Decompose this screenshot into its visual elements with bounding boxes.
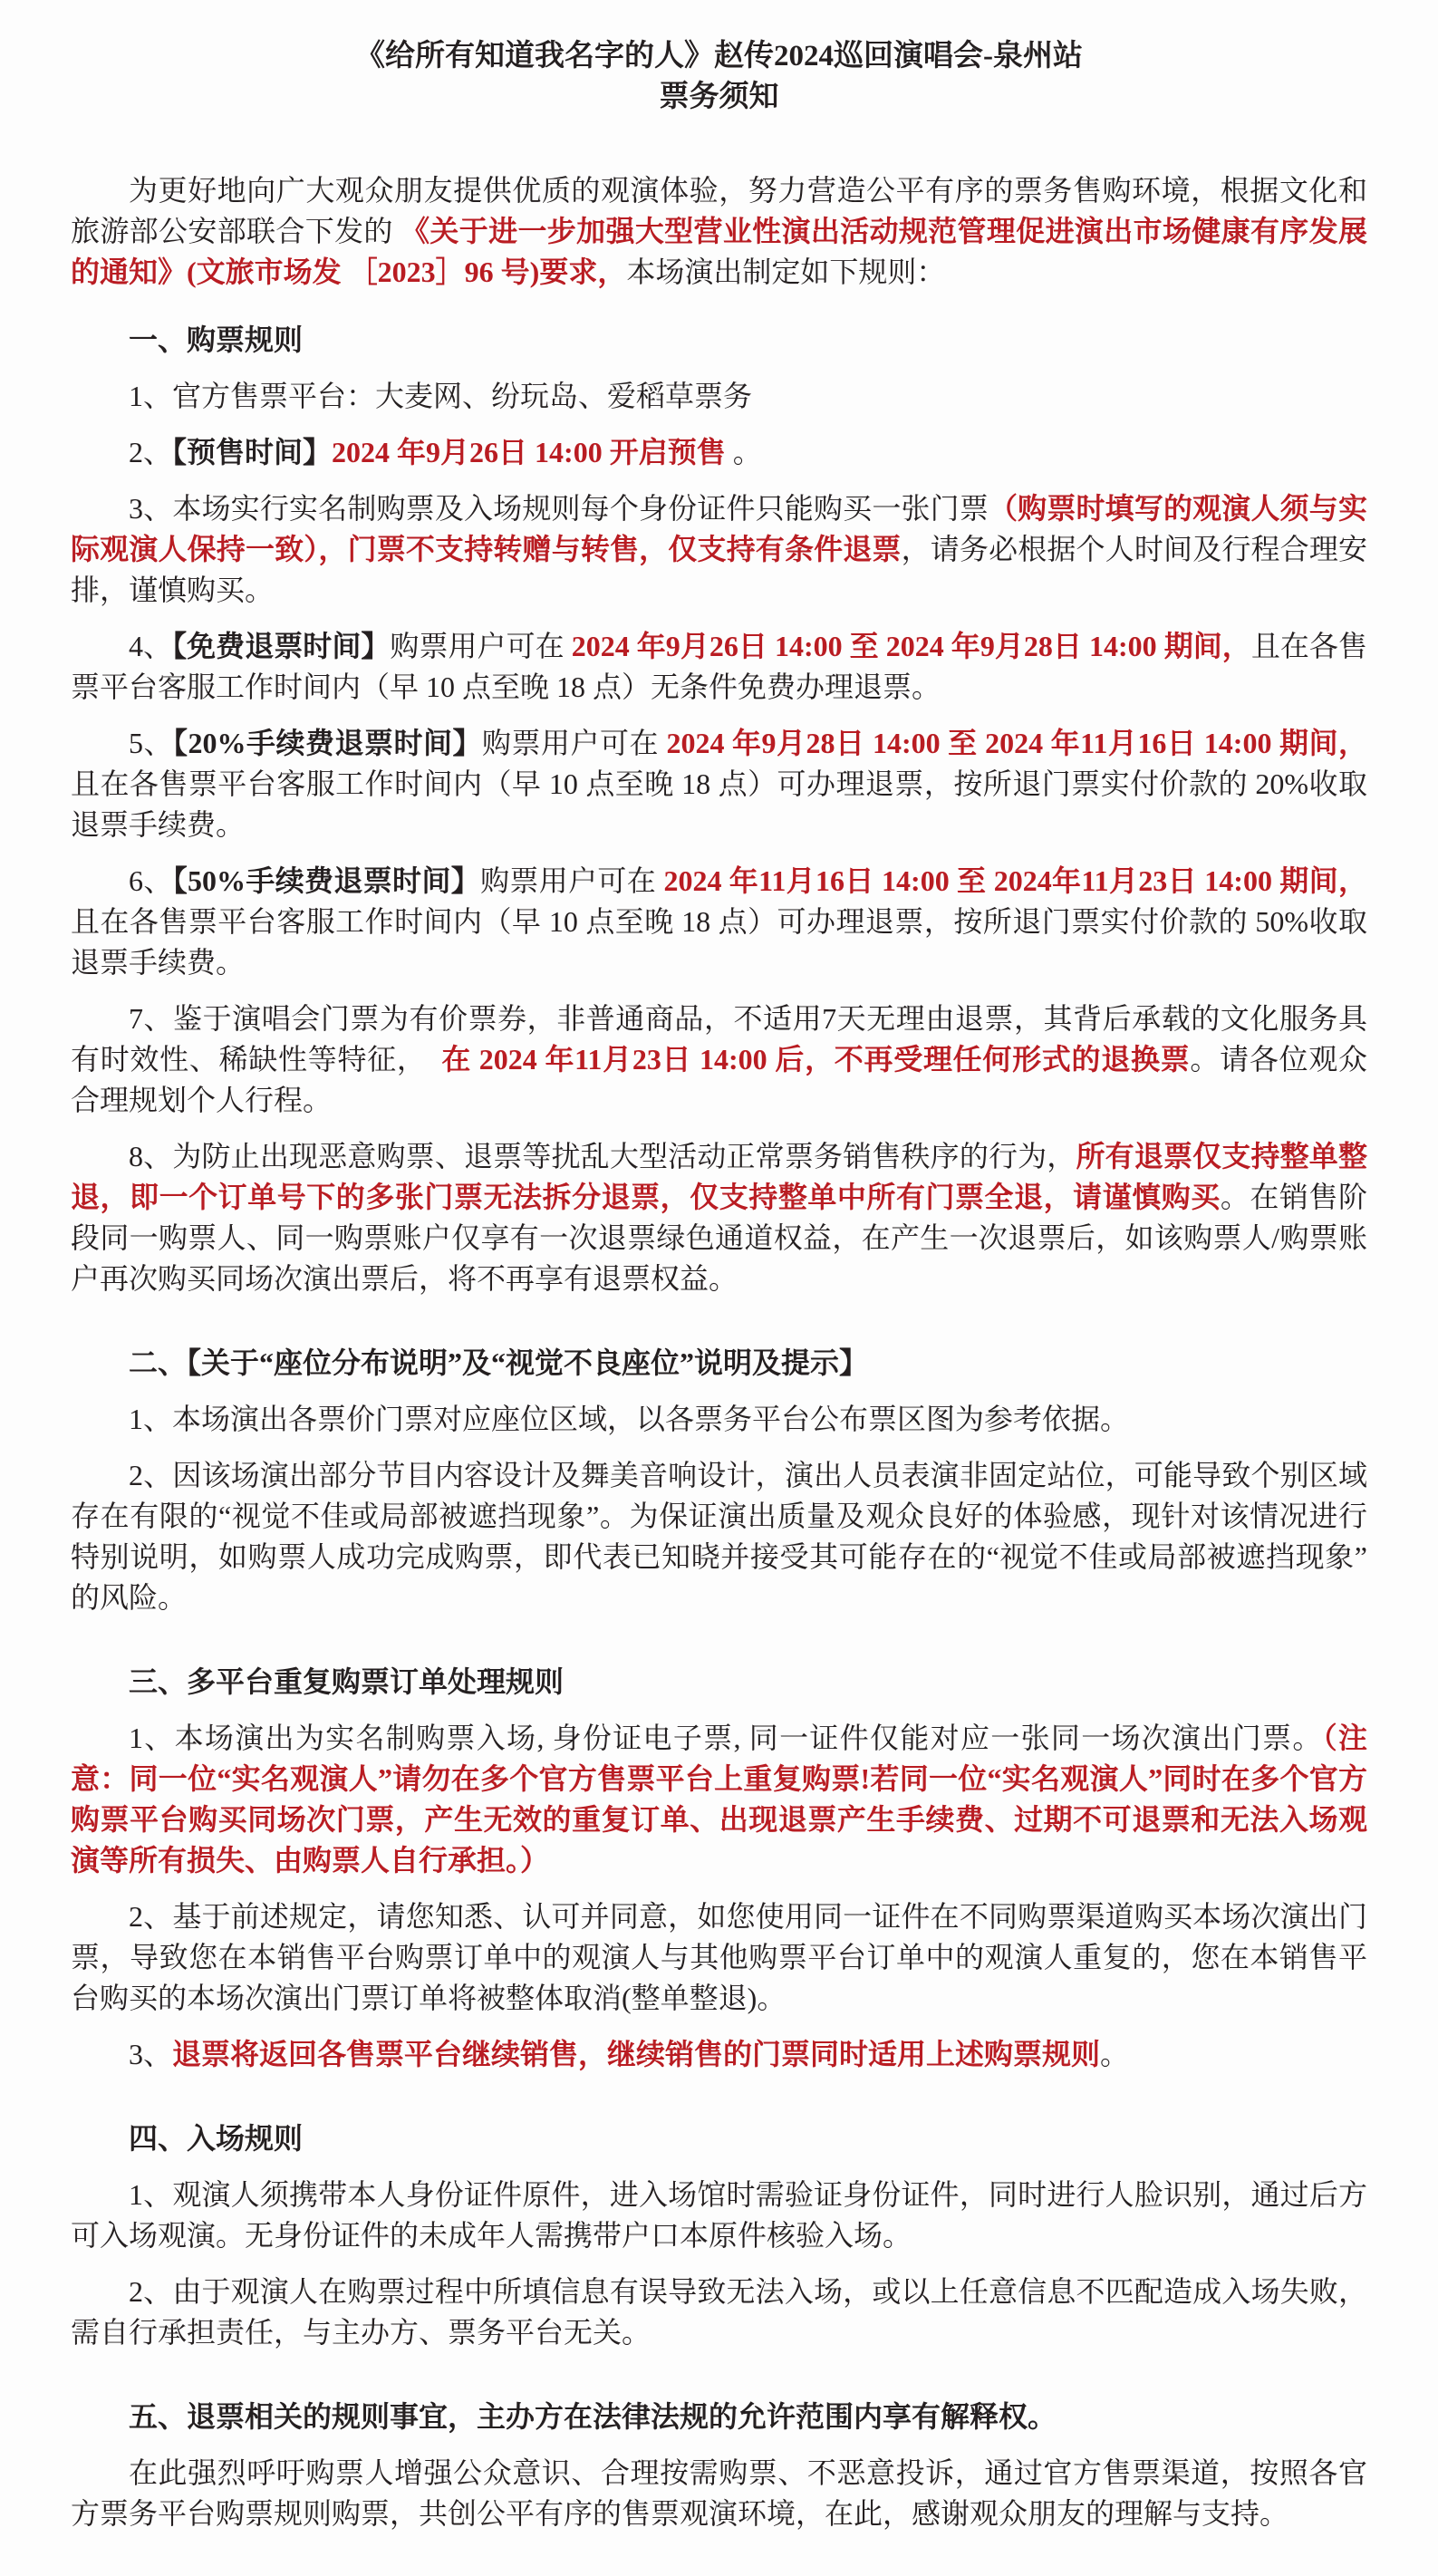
refund-20-label: 【20%手续费退票时间】: [173, 727, 482, 759]
text-run: 。: [1100, 2038, 1129, 2070]
free-refund-period: 2024 年9月26日 14:00 至 2024 年9月28日 14:00 期间…: [572, 630, 1251, 662]
text-run: 在此强烈呼吁购票人增强公众意识、合理按需购票、不恶意投诉，通过官方售票渠道，按照…: [71, 2456, 1367, 2530]
section3-heading: 三、多平台重复购票订单处理规则: [71, 1662, 1367, 1703]
rule-whole-order-refund: 8、为防止出现恶意购票、退票等扰乱大型活动正常票务销售秩序的行为，所有退票仅支持…: [71, 1136, 1367, 1299]
text-run: 。: [726, 436, 762, 468]
entry-mismatch-rule: 2、由于观演人在购票过程中所填信息有误导致无法入场，或以上任意信息不匹配造成入场…: [71, 2272, 1367, 2353]
intro-paragraph: 为更好地向广大观众朋友提供优质的观演体验，努力营造公平有序的票务售购环境，根据文…: [71, 170, 1367, 293]
text-run: 5、: [129, 727, 173, 759]
ticket-notice-document: 《给所有知道我名字的人》赵传2024巡回演唱会-泉州站 票务须知 为更好地向广大…: [0, 0, 1438, 2576]
rule-refund-50: 6、【50%手续费退票时间】购票用户可在 2024 年11月16日 14:00 …: [71, 861, 1367, 983]
rule-free-refund: 4、【免费退票时间】购票用户可在 2024 年9月26日 14:00 至 202…: [71, 626, 1367, 708]
resale-rule: 3、退票将返回各售票平台继续销售，继续销售的门票同时适用上述购票规则。: [71, 2034, 1367, 2075]
refund-20-period: 2024 年9月28日 14:00 至 2024 年11月16日 14:00 期…: [666, 727, 1367, 759]
text-run: 2、: [129, 436, 172, 468]
section5-heading: 五、退票相关的规则事宜，主办方在法律法规的允许范围内享有解释权。: [71, 2397, 1367, 2437]
rule-presale-time: 2、【预售时间】2024 年9月26日 14:00 开启预售 。: [71, 432, 1367, 473]
rule-no-refund-deadline: 7、鉴于演唱会门票为有价票券，非普通商品，不适用7天无理由退票，其背后承载的文化…: [71, 999, 1367, 1121]
text-run: 且在各售票平台客服工作时间内（早 10 点至晚 18 点）可办理退票，按所退门票…: [71, 905, 1367, 979]
closing-paragraph: 在此强烈呼吁购票人增强公众意识、合理按需购票、不恶意投诉，通过官方售票渠道，按照…: [71, 2453, 1367, 2534]
text-run: 且在各售票平台客服工作时间内（早 10 点至晚 18 点）可办理退票，按所退门票…: [71, 767, 1367, 841]
refund-50-period: 2024 年11月16日 14:00 至 2024年11月23日 14:00 期…: [663, 864, 1367, 897]
text-run: 3、本场实行实名制购票及入场规则每个身份证件只能购买一张门票: [129, 492, 989, 525]
doc-subtitle: 票务须知: [71, 77, 1367, 118]
section1-heading: 一、购票规则: [71, 320, 1367, 361]
duplicate-order-rule: 1、本场演出为实名制购票入场, 身份证电子票, 同一证件仅能对应一张同一场次演出…: [71, 1718, 1367, 1881]
refund-50-label: 【50%手续费退票时间】: [173, 864, 480, 897]
text-run: 购票用户可在: [482, 727, 666, 759]
text-run: 8、为防止出现恶意购票、退票等扰乱大型活动正常票务销售秩序的行为，: [129, 1140, 1076, 1172]
text-run: 4、: [129, 630, 172, 662]
obstructed-view-rule: 2、因该场演出部分节目内容设计及舞美音响设计，演出人员表演非固定站位，可能导致个…: [71, 1455, 1367, 1618]
rule-refund-20: 5、【20%手续费退票时间】购票用户可在 2024 年9月28日 14:00 至…: [71, 723, 1367, 845]
section4-heading: 四、入场规则: [71, 2118, 1367, 2159]
text-run: 1、官方售票平台：大麦网、纷玩岛、爱稻草票务: [129, 380, 752, 412]
section2-heading: 二、【关于“座位分布说明”及“视觉不良座位”说明及提示】: [71, 1343, 1367, 1384]
duplicate-cancel-rule: 2、基于前述规定，请您知悉、认可并同意，如您使用同一证件在不同购票渠道购买本场次…: [71, 1896, 1367, 2019]
resale-emphasis: 退票将返回各售票平台继续销售，继续销售的门票同时适用上述购票规则: [172, 2038, 1100, 2070]
rule-official-platforms: 1、官方售票平台：大麦网、纷玩岛、爱稻草票务: [71, 376, 1367, 417]
text-run: 1、本场演出各票价门票对应座位区域，以各票务平台公布票区图为参考依据。: [129, 1403, 1129, 1435]
presale-time-value: 2024 年9月26日 14:00 开启预售: [332, 436, 726, 468]
text-run: 1、观演人须携带本人身份证件原件，进入场馆时需验证身份证件，同时进行人脸识别，通…: [71, 2178, 1367, 2252]
text-run: 本场演出制定如下规则：: [626, 256, 945, 288]
doc-title: 《给所有知道我名字的人》赵传2024巡回演唱会-泉州站: [71, 36, 1367, 77]
text-run: 2、由于观演人在购票过程中所填信息有误导致无法入场，或以上任意信息不匹配造成入场…: [71, 2275, 1367, 2349]
text-run: 1、本场演出为实名制购票入场, 身份证电子票, 同一证件仅能对应一张同一场次演出…: [129, 1722, 1323, 1754]
free-refund-label: 【免费退票时间】: [172, 630, 390, 662]
text-run: 2、因该场演出部分节目内容设计及舞美音响设计，演出人员表演非固定站位，可能导致个…: [71, 1459, 1367, 1614]
text-run: 2、基于前述规定，请您知悉、认可并同意，如您使用同一证件在不同购票渠道购买本场次…: [71, 1900, 1367, 2014]
rule-real-name: 3、本场实行实名制购票及入场规则每个身份证件只能购买一张门票（购票时填写的观演人…: [71, 488, 1367, 611]
presale-time-label: 【预售时间】: [172, 436, 332, 468]
deadline-emphasis: 在 2024 年11月23日 14:00 后，不再受理任何形式的退换票: [441, 1043, 1190, 1076]
entry-id-rule: 1、观演人须携带本人身份证件原件，进入场馆时需验证身份证件，同时进行人脸识别，通…: [71, 2175, 1367, 2256]
seat-zone-rule: 1、本场演出各票价门票对应座位区域，以各票务平台公布票区图为参考依据。: [71, 1399, 1367, 1440]
text-run: 购票用户可在: [480, 864, 663, 897]
text-run: 购票用户可在: [390, 630, 571, 662]
text-run: 3、: [129, 2038, 172, 2070]
text-run: 6、: [129, 864, 173, 897]
